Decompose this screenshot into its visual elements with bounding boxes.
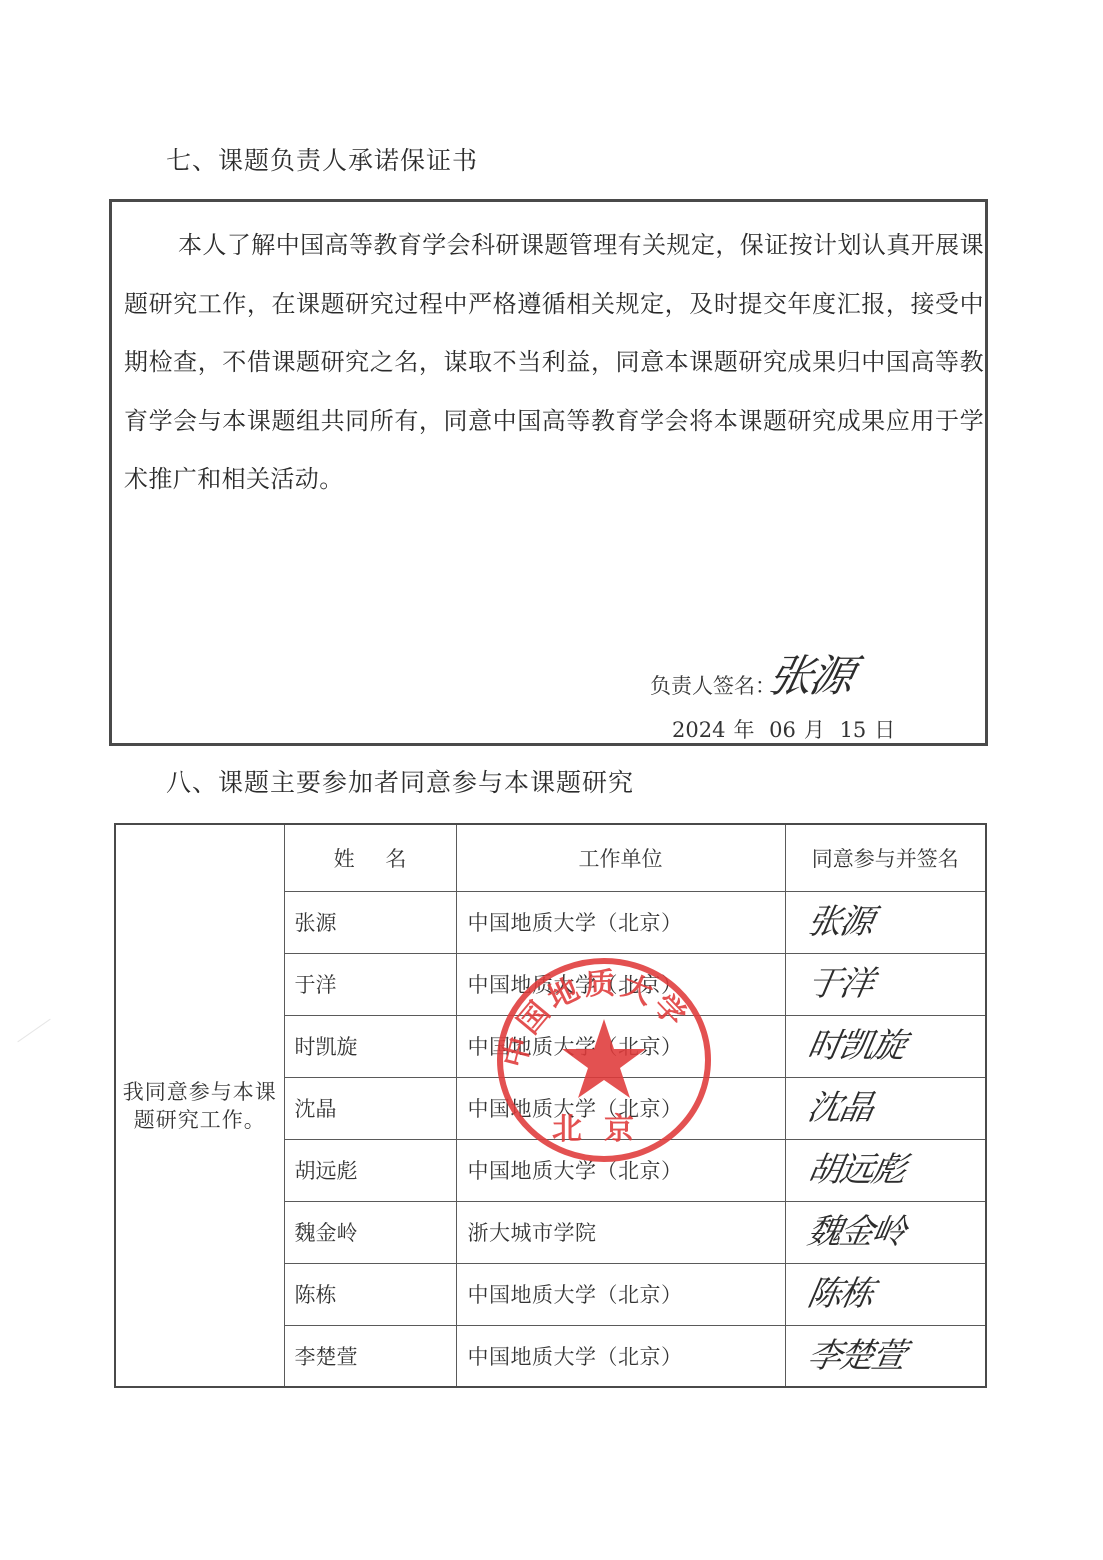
date-day: 15 — [840, 718, 867, 742]
participant-signature-cell: 张源 — [785, 891, 986, 953]
participant-signature: 魏金岭 — [783, 1215, 907, 1249]
section-7-title: 七、课题负责人承诺保证书 — [166, 141, 478, 177]
scan-artifact — [17, 1019, 50, 1043]
leader-signature: 张源 — [763, 640, 859, 704]
participant-name: 魏金岭 — [284, 1201, 456, 1263]
participant-name: 于洋 — [284, 953, 456, 1015]
participant-name: 李楚萱 — [284, 1325, 456, 1387]
participant-signature: 于洋 — [783, 967, 875, 1001]
participant-organization: 中国地质大学（北京） — [456, 1263, 785, 1325]
table-header-row: 我同意参与本课题研究工作。 姓 名 工作单位 同意参与并签名 — [115, 824, 986, 891]
participant-organization: 中国地质大学（北京） — [456, 1325, 785, 1387]
participant-signature-cell: 李楚萱 — [785, 1325, 986, 1387]
participant-organization: 中国地质大学（北京） — [456, 953, 785, 1015]
date-day-unit: 日 — [874, 718, 895, 742]
participant-name: 胡远彪 — [284, 1139, 456, 1201]
participant-organization: 浙大城市学院 — [456, 1201, 785, 1263]
participant-signature-cell: 沈晶 — [785, 1077, 986, 1139]
participant-signature: 沈晶 — [783, 1091, 875, 1125]
section-8-title: 八、课题主要参加者同意参与本课题研究 — [166, 763, 634, 799]
date-month-unit: 月 — [804, 718, 825, 742]
participant-name: 沈晶 — [284, 1077, 456, 1139]
participants-table: 我同意参与本课题研究工作。 姓 名 工作单位 同意参与并签名 张源 中国地质大学… — [114, 823, 987, 1388]
participant-signature-cell: 于洋 — [785, 953, 986, 1015]
participant-organization: 中国地质大学（北京） — [456, 1077, 785, 1139]
header-name: 姓 名 — [284, 824, 456, 891]
participant-name: 时凯旋 — [284, 1015, 456, 1077]
participant-signature: 胡远彪 — [783, 1153, 907, 1187]
pledge-text: 本人了解中国高等教育学会科研课题管理有关规定，保证按计划认真开展课题研究工作，在… — [124, 216, 984, 509]
participant-signature-cell: 魏金岭 — [785, 1201, 986, 1263]
participant-signature: 张源 — [783, 905, 875, 939]
participant-signature: 时凯旋 — [783, 1029, 907, 1063]
header-organization: 工作单位 — [456, 824, 785, 891]
date-month: 06 — [769, 718, 796, 742]
participant-organization: 中国地质大学（北京） — [456, 1139, 785, 1201]
participant-name: 张源 — [284, 891, 456, 953]
participant-signature: 李楚萱 — [783, 1339, 907, 1373]
date-year: 2024 — [672, 718, 725, 742]
participant-organization: 中国地质大学（北京） — [456, 1015, 785, 1077]
leader-signature-label: 负责人签名： — [650, 670, 776, 700]
date-year-unit: 年 — [733, 718, 754, 742]
agree-statement: 我同意参与本课题研究工作。 — [115, 824, 284, 1387]
participant-signature-cell: 时凯旋 — [785, 1015, 986, 1077]
sign-date: 2024年 06月 15日 — [672, 714, 903, 744]
header-signature: 同意参与并签名 — [785, 824, 986, 891]
participant-signature-cell: 胡远彪 — [785, 1139, 986, 1201]
participant-signature-cell: 陈栋 — [785, 1263, 986, 1325]
participant-signature: 陈栋 — [783, 1277, 875, 1311]
participant-organization: 中国地质大学（北京） — [456, 891, 785, 953]
pledge-box: 本人了解中国高等教育学会科研课题管理有关规定，保证按计划认真开展课题研究工作，在… — [109, 199, 988, 746]
participant-name: 陈栋 — [284, 1263, 456, 1325]
